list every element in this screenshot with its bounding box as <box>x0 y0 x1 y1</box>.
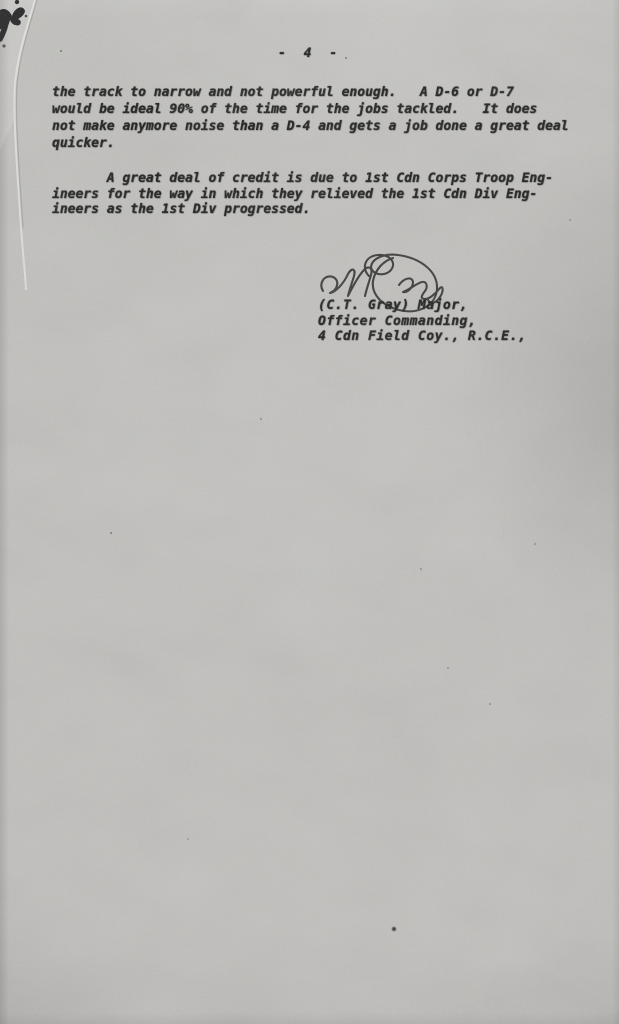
text-line: quicker. <box>52 135 569 152</box>
ink-speck <box>345 57 347 59</box>
signature-block: (C.T. Gray) Major, Officer Commanding, 4… <box>318 298 526 345</box>
signature-unit-line: 4 Cdn Field Coy., R.C.E., <box>318 329 526 345</box>
signature-name-line: (C.T. Gray) Major, <box>318 298 526 314</box>
fold-highlight <box>0 0 35 150</box>
text-line: not make anymore noise than a D-4 and ge… <box>52 118 569 135</box>
text-line: A great deal of credit is due to 1st Cdn… <box>52 171 553 187</box>
ink-blot-icon <box>0 0 27 48</box>
paper-grain-overlay <box>0 0 619 1024</box>
ink-speck <box>534 543 536 545</box>
paper-crease-shadow <box>16 0 37 228</box>
ink-speck <box>60 50 62 52</box>
paragraph-2: A great deal of credit is due to 1st Cdn… <box>52 171 553 218</box>
ink-speck <box>110 532 112 534</box>
text-line: ineers for the way in which they relieve… <box>52 187 553 203</box>
ink-speck <box>420 568 422 570</box>
page-number: - 4 - <box>278 45 342 62</box>
handwritten-signature <box>0 0 619 1024</box>
text-line: ineers as the 1st Div progressed. <box>52 202 553 218</box>
paper-crease <box>14 0 35 290</box>
ink-speck <box>260 418 262 420</box>
text-line: the track to narrow and not powerful eno… <box>52 84 569 101</box>
ink-speck <box>489 703 491 705</box>
ink-speck <box>187 838 189 840</box>
paragraph-1: the track to narrow and not powerful eno… <box>52 84 569 152</box>
scanned-document-page: - 4 - the track to narrow and not powerf… <box>0 0 619 1024</box>
ink-speck <box>392 927 396 931</box>
text-line: would be ideal 90% of the time for the j… <box>52 101 569 118</box>
ink-speck <box>569 219 571 221</box>
ink-speck <box>447 667 449 669</box>
signature-title-line: Officer Commanding, <box>318 314 526 330</box>
